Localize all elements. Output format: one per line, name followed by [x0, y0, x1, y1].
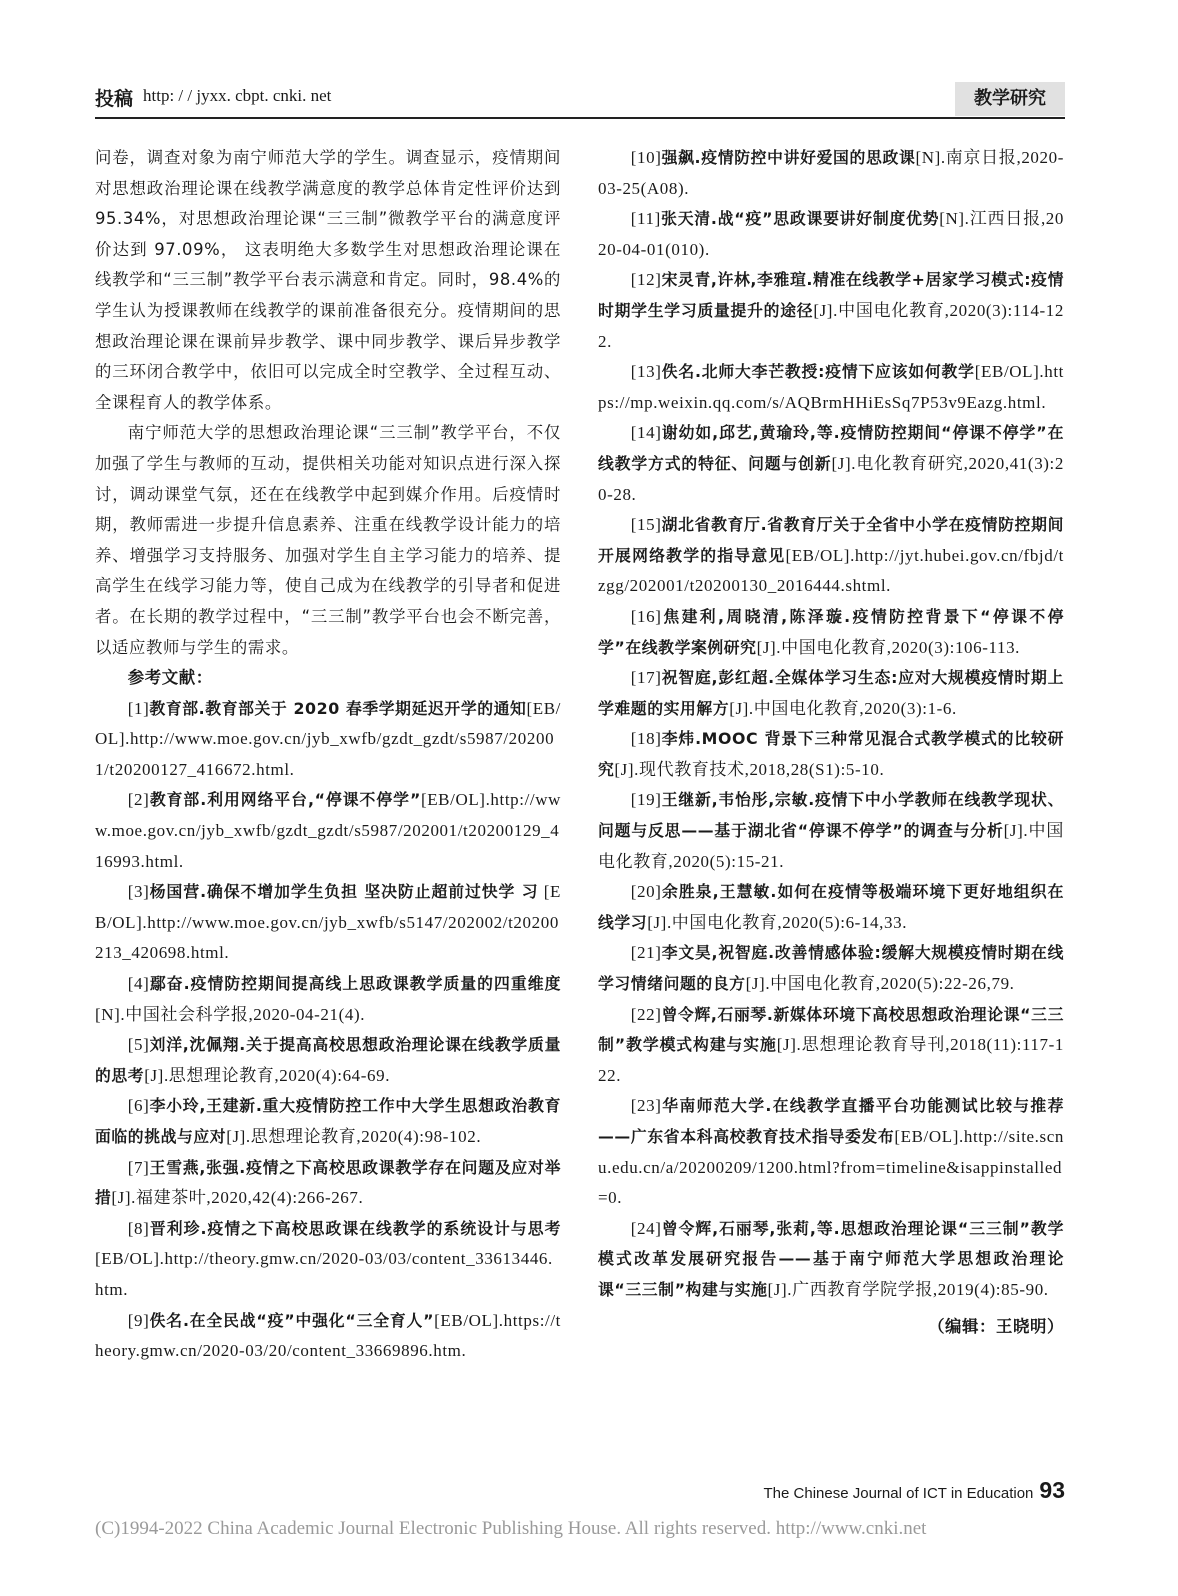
reference-item: [23]华南师范大学.在线教学直播平台功能测试比较与推荐——广东省本科高校教育技…: [598, 1091, 1064, 1213]
reference-item: [21]李文昊,祝智庭.改善情感体验:缓解大规模疫情时期在线学习情绪问题的良方[…: [598, 938, 1064, 999]
reference-item: [6]李小玲,王建新.重大疫情防控工作中大学生思想政治教育面临的挑战与应对[J]…: [95, 1091, 561, 1152]
reference-item: [16]焦建利,周晓清,陈泽璇.疫情防控背景下“停课不停学”在线教学案例研究[J…: [598, 602, 1064, 663]
body-paragraph: 南宁师范大学的思想政治理论课“三三制”教学平台，不仅加强了学生与教师的互动，提供…: [95, 418, 561, 663]
journal-name: The Chinese Journal of ICT in Education: [764, 1485, 1034, 1502]
reference-item: [1]教育部.教育部关于 2020 春季学期延迟开学的通知[EB/OL].htt…: [95, 694, 561, 786]
reference-item: [13]佚名.北师大李芒教授:疫情下应该如何教学[EB/OL].https://…: [598, 357, 1064, 418]
reference-item: [20]余胜泉,王慧敏.如何在疫情等极端环境下更好地组织在线学习[J].中国电化…: [598, 877, 1064, 938]
page-footer: The Chinese Journal of ICT in Education9…: [764, 1477, 1065, 1507]
reference-item: [5]刘洋,沈佩翔.关于提高高校思想政治理论课在线教学质量的思考[J].思想理论…: [95, 1030, 561, 1091]
reference-item: [24]曾令辉,石丽琴,张莉,等.思想政治理论课“三三制”教学模式改革发展研究报…: [598, 1214, 1064, 1306]
reference-item: [3]杨国营.确保不增加学生负担 坚决防止超前过快学 习 [EB/OL].htt…: [95, 877, 561, 969]
submission-url[interactable]: http: / / jyxx. cbpt. cnki. net: [143, 86, 331, 106]
reference-item: [11]张天清.战“疫”思政课要讲好制度优势[N].江西日报,2020-04-0…: [598, 204, 1064, 265]
reference-item: [19]王继新,韦怡彤,宗敏.疫情下中小学教师在线教学现状、问题与反思——基于湖…: [598, 785, 1064, 877]
reference-item: [7]王雪燕,张强.疫情之下高校思政课教学存在问题及应对举措[J].福建茶叶,2…: [95, 1153, 561, 1214]
body-paragraph: 问卷，调查对象为南宁师范大学的学生。调查显示，疫情期间对思想政治理论课在线教学满…: [95, 143, 561, 418]
running-header: 投稿 http: / / jyxx. cbpt. cnki. net 教学研究: [95, 82, 1065, 116]
reference-item: [8]晋利珍.疫情之下高校思政课在线教学的系统设计与思考[EB/OL].http…: [95, 1214, 561, 1306]
reference-item: [14]谢幼如,邱艺,黄瑜玲,等.疫情防控期间“停课不停学”在线教学方式的特征、…: [598, 418, 1064, 510]
right-column: [10]强飙.疫情防控中讲好爱国的思政课[N].南京日报,2020-03-25(…: [598, 143, 1064, 1342]
reference-item: [15]湖北省教育厅.省教育厅关于全省中小学在疫情防控期间开展网络教学的指导意见…: [598, 510, 1064, 602]
editor-credit: （编辑：王晓明）: [598, 1312, 1064, 1343]
reference-item: [12]宋灵青,许林,李雅瑄.精准在线教学+居家学习模式:疫情时期学生学习质量提…: [598, 265, 1064, 357]
reference-item: [22]曾令辉,石丽琴.新媒体环境下高校思想政治理论课“三三制”教学模式构建与实…: [598, 1000, 1064, 1092]
reference-item: [18]李炜.MOOC 背景下三种常见混合式教学模式的比较研究[J].现代教育技…: [598, 724, 1064, 785]
reference-item: [17]祝智庭,彭红超.全媒体学习生态:应对大规模疫情时期上学难题的实用解方[J…: [598, 663, 1064, 724]
left-column: 问卷，调查对象为南宁师范大学的学生。调查显示，疫情期间对思想政治理论课在线教学满…: [95, 143, 561, 1367]
reference-item: [2]教育部.利用网络平台,“停课不停学”[EB/OL].http://www.…: [95, 785, 561, 877]
reference-item: [4]鄢奋.疫情防控期间提高线上思政课教学质量的四重维度[N].中国社会科学报,…: [95, 969, 561, 1030]
copyright-watermark: (C)1994-2022 China Academic Journal Elec…: [95, 1518, 926, 1540]
reference-item: [10]强飙.疫情防控中讲好爱国的思政课[N].南京日报,2020-03-25(…: [598, 143, 1064, 204]
reference-item: [9]佚名.在全民战“疫”中强化“三全育人”[EB/OL].https://th…: [95, 1306, 561, 1367]
section-tag: 教学研究: [955, 82, 1065, 116]
page-number: 93: [1039, 1477, 1065, 1503]
header-divider: [95, 117, 1065, 119]
references-heading: 参考文献：: [95, 663, 561, 694]
submit-label: 投稿: [95, 84, 133, 111]
